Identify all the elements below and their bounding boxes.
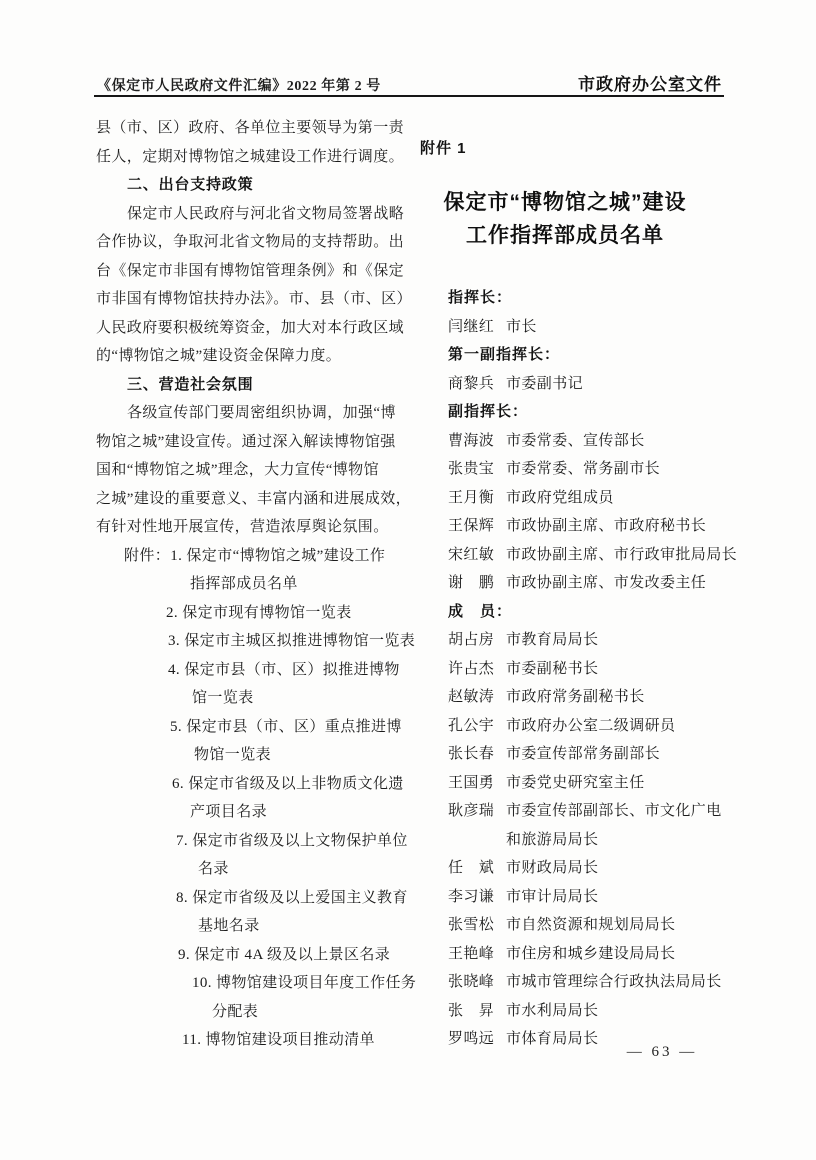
member-title: 市政协副主席、市行政审批局局长	[506, 541, 750, 570]
member-name: 胡占房	[448, 626, 506, 655]
body-line: 9. 保定市 4A 级及以上景区名录	[96, 941, 416, 970]
roster-member-row: 许占杰市委副秘书长	[448, 655, 750, 684]
roster-member-row: 张雪松市自然资源和规划局局长	[448, 911, 750, 940]
member-name: 王国勇	[448, 769, 506, 798]
member-title-line: 市水利局局长	[506, 997, 750, 1026]
member-title-line: 市财政局局长	[506, 854, 750, 883]
member-title: 市委党史研究室主任	[506, 769, 750, 798]
body-line: 物馆一览表	[96, 741, 416, 770]
body-line: 2. 保定市现有博物馆一览表	[96, 599, 416, 628]
roster-role-label-row: 第一副指挥长：	[448, 341, 750, 370]
body-line: 7. 保定市省级及以上文物保护单位	[96, 827, 416, 856]
body-line: 5. 保定市县（市、区）重点推进博	[96, 713, 416, 742]
roster-role-label: 成 员：	[448, 598, 512, 627]
member-title: 市政府党组成员	[506, 484, 750, 513]
body-line: 国和“博物馆之城”理念，大力宣传“博物馆	[96, 456, 416, 485]
roster-role-label-row: 成 员：	[448, 598, 750, 627]
member-name: 许占杰	[448, 655, 506, 684]
roster-member-row: 王艳峰市住房和城乡建设局局长	[448, 940, 750, 969]
member-title: 市政协副主席、市发改委主任	[506, 569, 750, 598]
roster-member-row: 王保辉市政协副主席、市政府秘书长	[448, 512, 750, 541]
page-number: — 63 —	[600, 1044, 724, 1061]
member-name: 罗鸣远	[448, 1025, 506, 1054]
member-title: 市委常委、宣传部长	[506, 427, 750, 456]
member-title-line: 市委常委、常务副市长	[506, 455, 750, 484]
body-line: 物馆之城”建设宣传。通过深入解读博物馆强	[96, 428, 416, 457]
attachment-label: 附件 1	[420, 137, 467, 158]
member-name: 张长春	[448, 740, 506, 769]
roster-member-row: 张长春市委宣传部常务副部长	[448, 740, 750, 769]
roster-member-row: 胡占房市教育局局长	[448, 626, 750, 655]
roster-member-row: 谢 鹏市政协副主席、市发改委主任	[448, 569, 750, 598]
member-title-line: 市教育局局长	[506, 626, 750, 655]
member-title: 市教育局局长	[506, 626, 750, 655]
attachment-title-line2: 工作指挥部成员名单	[414, 219, 716, 252]
roster-member-row: 王国勇市委党史研究室主任	[448, 769, 750, 798]
attachment-title: 保定市“博物馆之城”建设 工作指挥部成员名单	[414, 186, 716, 252]
member-title: 市财政局局长	[506, 854, 750, 883]
member-name: 王月衡	[448, 484, 506, 513]
member-name: 张 昇	[448, 997, 506, 1026]
roster-member-row: 曹海波市委常委、宣传部长	[448, 427, 750, 456]
member-title-line: 市委宣传部副部长、市文化广电	[506, 797, 750, 826]
attachment-title-line1: 保定市“博物馆之城”建设	[414, 186, 716, 219]
member-name: 张雪松	[448, 911, 506, 940]
header-doc-category: 市政府办公室文件	[578, 70, 722, 95]
member-name: 李习谦	[448, 883, 506, 912]
member-name: 宋红敏	[448, 541, 506, 570]
member-title-line: 和旅游局局长	[506, 826, 750, 855]
section-heading: 三、营造社会氛围	[96, 371, 416, 400]
member-name: 王艳峰	[448, 940, 506, 969]
roster-member-row: 宋红敏市政协副主席、市行政审批局局长	[448, 541, 750, 570]
scanned-document-page: 《保定市人民政府文件汇编》2022 年第 2 号 市政府办公室文件 县（市、区）…	[0, 0, 816, 1160]
member-title-line: 市政府党组成员	[506, 484, 750, 513]
member-title: 市政府常务副秘书长	[506, 683, 750, 712]
member-title-line: 市委宣传部常务副部长	[506, 740, 750, 769]
member-title: 市住房和城乡建设局局长	[506, 940, 750, 969]
member-title-line: 市长	[506, 313, 750, 342]
member-title-line: 市政府办公室二级调研员	[506, 712, 750, 741]
body-line: 任人，定期对博物馆之城建设工作进行调度。	[96, 143, 416, 172]
body-line: 3. 保定市主城区拟推进博物馆一览表	[96, 627, 416, 656]
body-line: 有针对性地开展宣传，营造浓厚舆论氛围。	[96, 513, 416, 542]
body-line: 名录	[96, 855, 416, 884]
roster-role-label-row: 副指挥长：	[448, 398, 750, 427]
roster-member-row: 闫继红市长	[448, 313, 750, 342]
member-name: 王保辉	[448, 512, 506, 541]
member-title-line: 市委党史研究室主任	[506, 769, 750, 798]
roster-role-label-row: 指挥长：	[448, 284, 750, 313]
member-title: 市城市管理综合行政执法局局长	[506, 968, 750, 997]
roster-member-row: 耿彦瑞市委宣传部副部长、市文化广电和旅游局局长	[448, 797, 750, 854]
body-line: 之城”建设的重要意义、丰富内涵和进展成效，	[96, 485, 416, 514]
body-line: 的“博物馆之城”建设资金保障力度。	[96, 342, 416, 371]
body-line: 各级宣传部门要周密组织协调，加强“博	[96, 399, 416, 428]
member-title-line: 市审计局局长	[506, 883, 750, 912]
body-line: 11. 博物馆建设项目推动清单	[96, 1026, 416, 1055]
member-title: 市水利局局长	[506, 997, 750, 1026]
body-line: 馆一览表	[96, 684, 416, 713]
member-title: 市委副书记	[506, 370, 750, 399]
member-name: 谢 鹏	[448, 569, 506, 598]
body-line: 合作协议，争取河北省文物局的支持帮助。出	[96, 228, 416, 257]
header-compilation-title: 《保定市人民政府文件汇编》2022 年第 2 号	[97, 75, 381, 95]
roster-member-row: 李习谦市审计局局长	[448, 883, 750, 912]
body-line: 市非国有博物馆扶持办法》。市、县（市、区）	[96, 285, 416, 314]
body-line: 产项目名录	[96, 798, 416, 827]
body-line: 台《保定市非国有博物馆管理条例》和《保定	[96, 257, 416, 286]
member-title-line: 市住房和城乡建设局局长	[506, 940, 750, 969]
roster-member-row: 商黎兵市委副书记	[448, 370, 750, 399]
body-line: 4. 保定市县（市、区）拟推进博物	[96, 656, 416, 685]
member-title: 市长	[506, 313, 750, 342]
command-roster: 指挥长：闫继红市长第一副指挥长：商黎兵市委副书记副指挥长：曹海波市委常委、宣传部…	[448, 284, 750, 1054]
roster-role-label: 指挥长：	[448, 284, 512, 313]
member-name: 张晓峰	[448, 968, 506, 997]
roster-member-row: 张贵宝市委常委、常务副市长	[448, 455, 750, 484]
member-title-line: 市委副秘书长	[506, 655, 750, 684]
member-name: 孔公宇	[448, 712, 506, 741]
member-title-line: 市委常委、宣传部长	[506, 427, 750, 456]
roster-role-label: 副指挥长：	[448, 398, 528, 427]
member-name: 闫继红	[448, 313, 506, 342]
member-name: 张贵宝	[448, 455, 506, 484]
roster-role-label: 第一副指挥长：	[448, 341, 560, 370]
body-line: 人民政府要积极统筹资金，加大对本行政区域	[96, 314, 416, 343]
member-title: 市委副秘书长	[506, 655, 750, 684]
body-line: 指挥部成员名单	[96, 570, 416, 599]
member-title: 市自然资源和规划局局长	[506, 911, 750, 940]
body-line: 8. 保定市省级及以上爱国主义教育	[96, 884, 416, 913]
member-title: 市政协副主席、市政府秘书长	[506, 512, 750, 541]
member-name: 商黎兵	[448, 370, 506, 399]
member-title-line: 市委副书记	[506, 370, 750, 399]
member-title: 市委宣传部副部长、市文化广电和旅游局局长	[506, 797, 750, 854]
body-line: 10. 博物馆建设项目年度工作任务	[96, 969, 416, 998]
member-title-line: 市政协副主席、市政府秘书长	[506, 512, 750, 541]
roster-member-row: 孔公宇市政府办公室二级调研员	[448, 712, 750, 741]
left-column-body: 县（市、区）政府、各单位主要领导为第一责任人，定期对博物馆之城建设工作进行调度。…	[96, 114, 416, 1055]
member-title-line: 市政协副主席、市发改委主任	[506, 569, 750, 598]
body-line: 6. 保定市省级及以上非物质文化遗	[96, 770, 416, 799]
section-heading: 二、出台支持政策	[96, 171, 416, 200]
member-name: 耿彦瑞	[448, 797, 506, 826]
member-title: 市委宣传部常务副部长	[506, 740, 750, 769]
member-title-line: 市城市管理综合行政执法局局长	[506, 968, 750, 997]
body-line: 附件：1. 保定市“博物馆之城”建设工作	[96, 542, 416, 571]
body-line: 分配表	[96, 998, 416, 1027]
roster-member-row: 王月衡市政府党组成员	[448, 484, 750, 513]
member-title-line: 市政府常务副秘书长	[506, 683, 750, 712]
member-title: 市政府办公室二级调研员	[506, 712, 750, 741]
member-title-line: 市政协副主席、市行政审批局局长	[506, 541, 750, 570]
member-title-line: 市自然资源和规划局局长	[506, 911, 750, 940]
member-name: 曹海波	[448, 427, 506, 456]
roster-member-row: 赵敏涛市政府常务副秘书长	[448, 683, 750, 712]
member-name: 任 斌	[448, 854, 506, 883]
roster-member-row: 张 昇市水利局局长	[448, 997, 750, 1026]
body-line: 保定市人民政府与河北省文物局签署战略	[96, 200, 416, 229]
roster-member-row: 张晓峰市城市管理综合行政执法局局长	[448, 968, 750, 997]
body-line: 县（市、区）政府、各单位主要领导为第一责	[96, 114, 416, 143]
member-title: 市审计局局长	[506, 883, 750, 912]
header-divider	[94, 95, 724, 97]
body-line: 基地名录	[96, 912, 416, 941]
member-title: 市委常委、常务副市长	[506, 455, 750, 484]
member-name: 赵敏涛	[448, 683, 506, 712]
roster-member-row: 任 斌市财政局局长	[448, 854, 750, 883]
